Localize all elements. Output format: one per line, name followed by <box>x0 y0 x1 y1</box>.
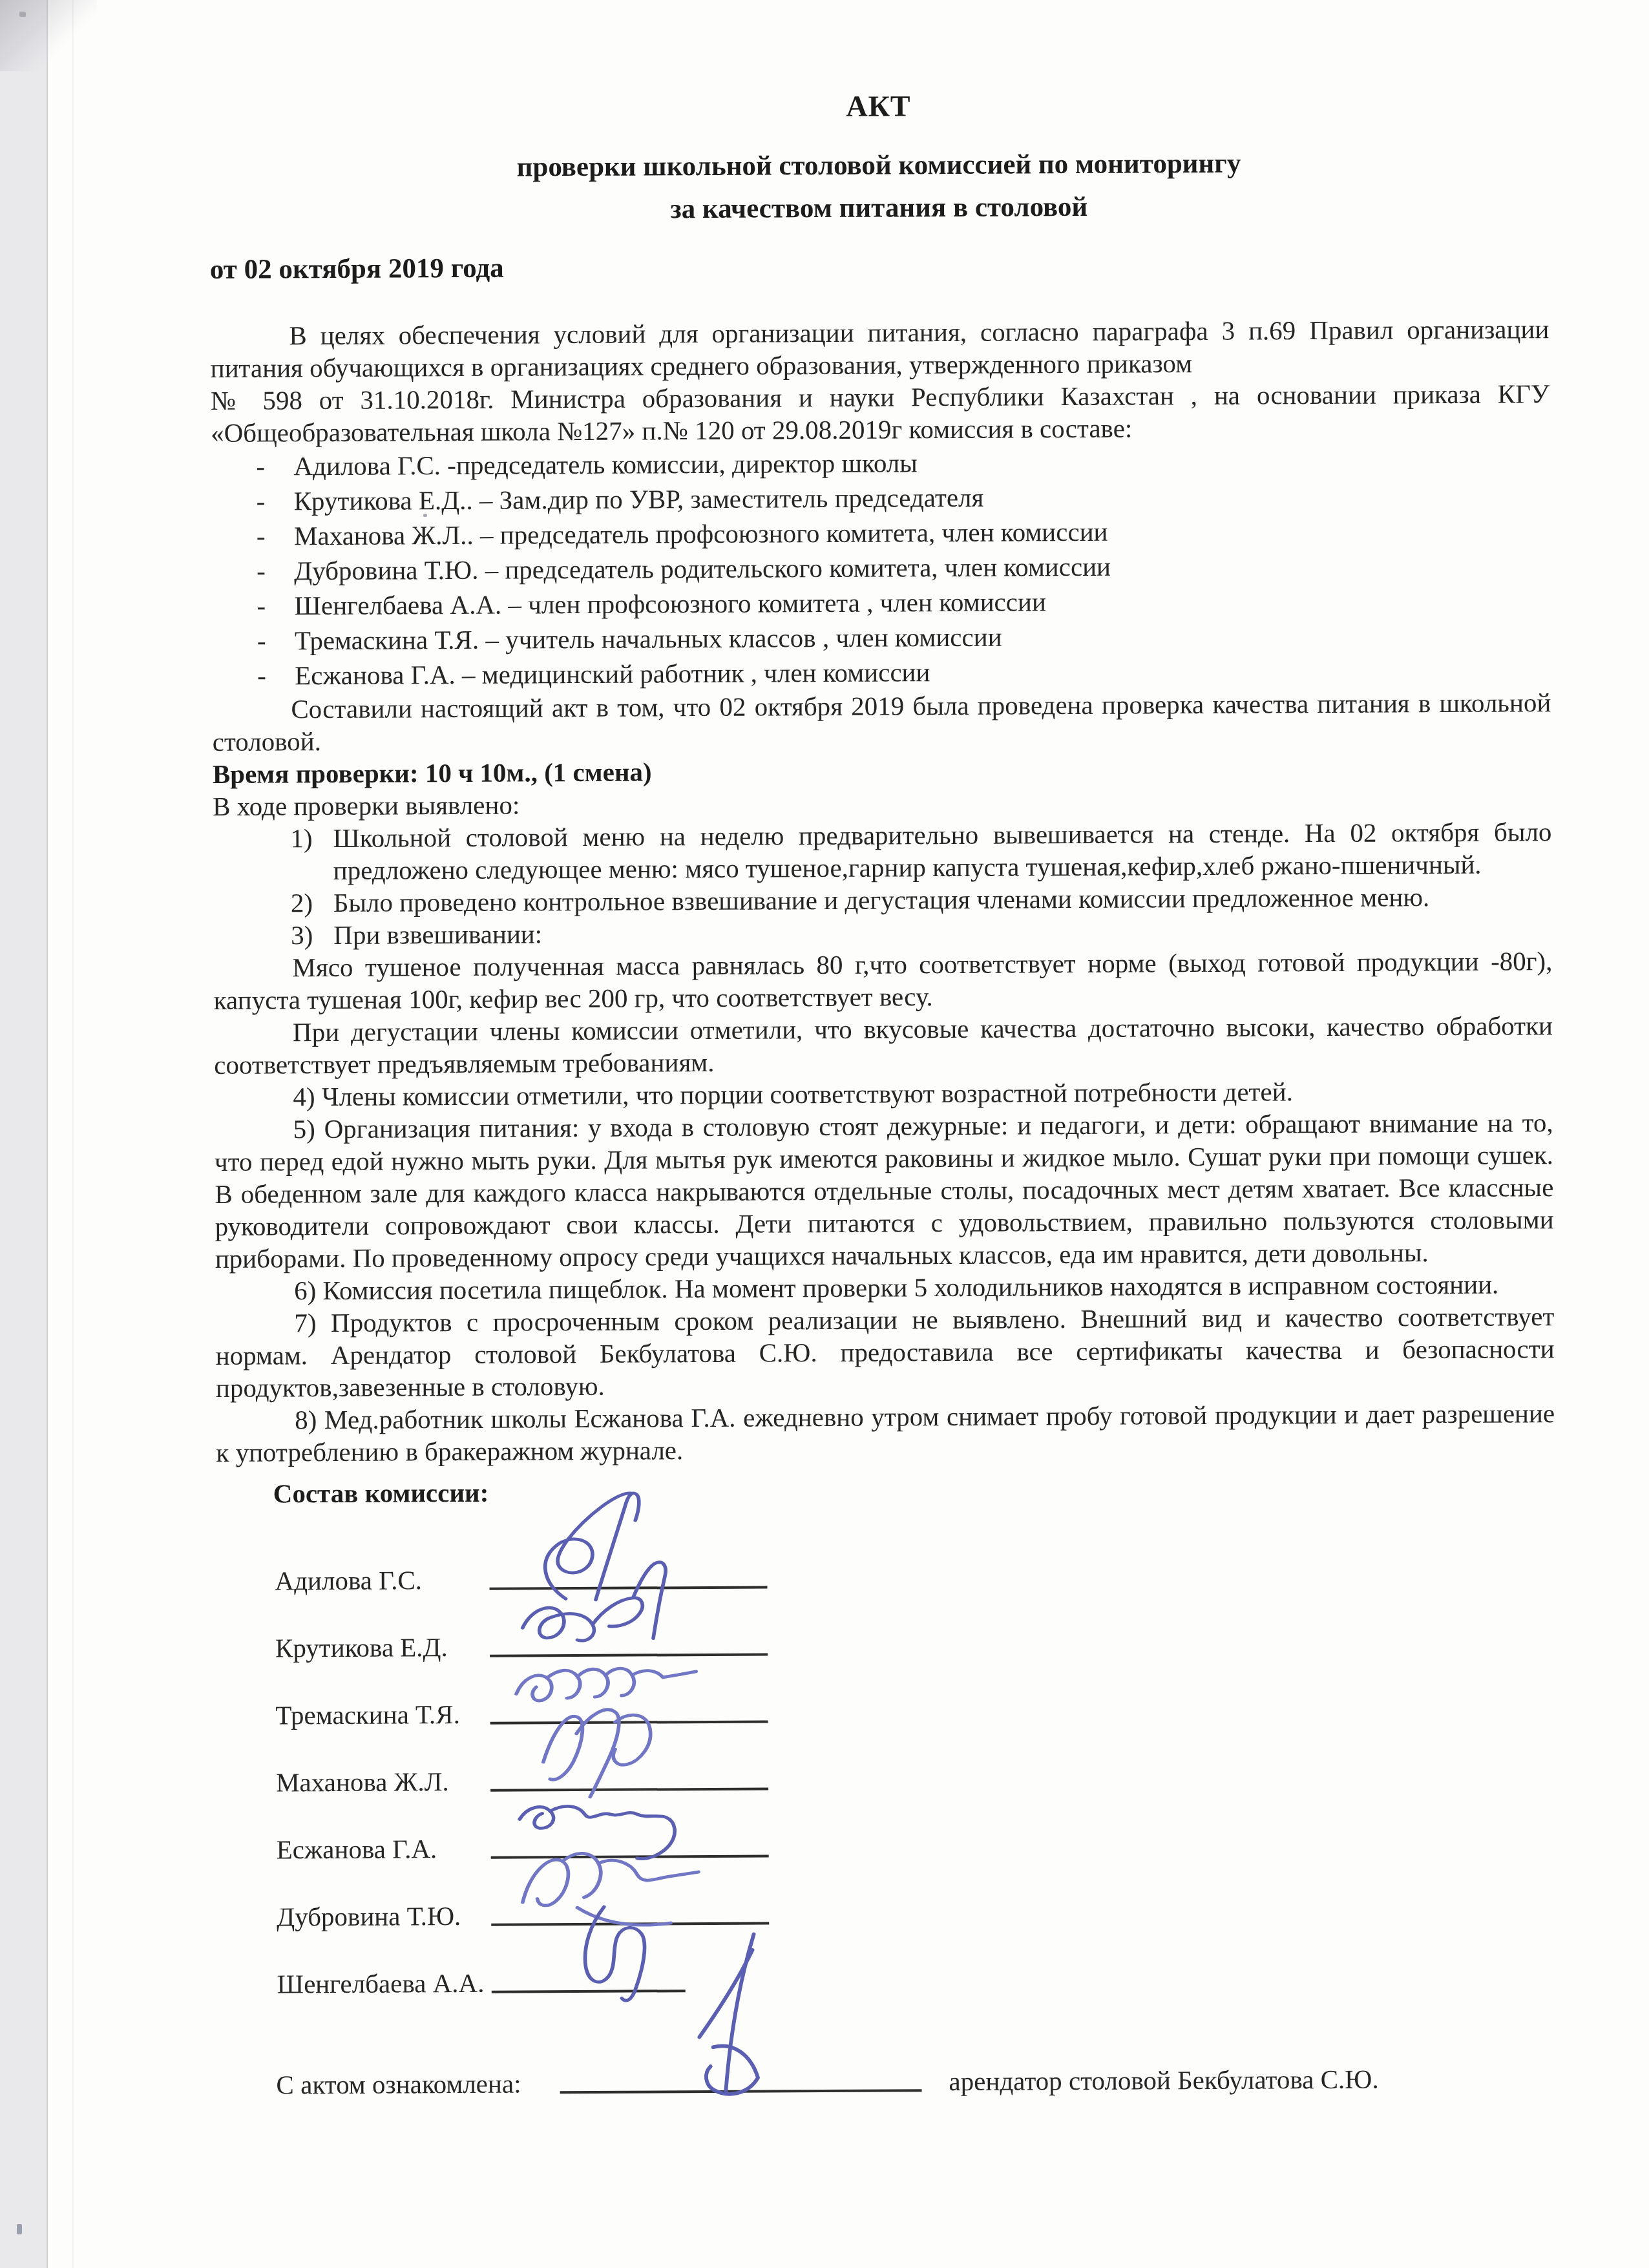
scanned-document: АКТ проверки школьной столовой комиссией… <box>0 0 1649 2268</box>
intro-paragraph-2: № 598 от 31.10.2018г. Министра образован… <box>211 377 1549 449</box>
item-text: Члены комиссии отметили, что порции соот… <box>322 1076 1293 1111</box>
item-text: Продуктов с просроченным сроком реализац… <box>216 1301 1555 1403</box>
commission-member-4: Дубровина Т.Ю. – председатель родительск… <box>294 549 1111 589</box>
acknowledgement-signature-line <box>560 2084 922 2094</box>
intro-paragraph-1: В целях обеспечения условий для организа… <box>210 313 1549 384</box>
document-page: АКТ проверки школьной столовой комиссией… <box>0 0 1649 2268</box>
signature-row-krutikova: Крутикова Е.Д. <box>275 1588 1557 1662</box>
item-number: 8) <box>295 1405 317 1434</box>
document-title: АКТ <box>209 87 1548 126</box>
commission-member-3: Маханова Ж.Л.. – председатель профсоюзно… <box>294 514 1108 554</box>
commission-member-1: Адилова Г.С. -председатель комиссии, дир… <box>293 445 918 483</box>
acknowledgement-label: С актом ознакомлена: <box>276 2069 521 2099</box>
item-text: Комиссия посетила пищеблок. На момент пр… <box>322 1270 1498 1306</box>
acknowledgement-row: С актом ознакомлена: арендатор столовой … <box>276 2021 1559 2099</box>
finding-item-5: 5) Организация питания: у входа в столов… <box>215 1106 1554 1275</box>
signer-name: Крутикова Е.Д. <box>275 1633 490 1663</box>
signature-row-tremaskina: Тремаскина Т.Я. <box>275 1655 1557 1729</box>
commission-member-7: Есжанова Г.А. – медицинский работник , ч… <box>295 655 930 693</box>
item-number: 7) <box>294 1308 316 1338</box>
weighing-paragraph-2: При дегустации члены комиссии отметили, … <box>214 1009 1553 1081</box>
item-text: Организация питания: у входа в столовую … <box>215 1108 1554 1274</box>
acknowledgement-right-text: арендатор столовой Бекбулатова С.Ю. <box>949 2065 1378 2095</box>
item-number: 5) <box>293 1114 315 1144</box>
item-number: 2) <box>291 887 333 919</box>
act-statement: Составили настоящий акт в том, что 02 ок… <box>212 686 1551 758</box>
signature-row-eszhanova: Есжанова Г.А. <box>276 1790 1557 1864</box>
signer-name: Шенгелбаева А.А. <box>277 1969 492 1999</box>
item-number: 3) <box>291 919 333 951</box>
commission-member-6: Тремаскина Т.Я. – учитель начальных клас… <box>295 620 1002 658</box>
signature-ink-bekbulatova <box>630 1924 850 2103</box>
signature-row-dubrovina: Дубровина Т.Ю. <box>277 1857 1558 1931</box>
signer-name: Есжанова Г.А. <box>277 1834 491 1864</box>
document-subtitle-line1: проверки школьной столовой комиссией по … <box>209 146 1548 185</box>
signer-name: Дубровина Т.Ю. <box>277 1902 491 1931</box>
list-dash-marker: - <box>257 588 294 623</box>
finding-item-8: 8) Мед.работник школы Есжанова Г.А. ежед… <box>216 1397 1555 1469</box>
document-subtitle-line2: за качеством питания в столовой <box>209 189 1548 228</box>
signature-row-shengelbaeva: Шенгелбаева А.А. <box>277 1924 1558 1998</box>
item-number: 1) <box>290 822 333 887</box>
list-dash-marker: - <box>257 658 295 693</box>
list-dash-marker: - <box>257 553 294 588</box>
item-number: 4) <box>293 1082 315 1111</box>
signatures-heading: Состав комиссии: <box>273 1471 1555 1509</box>
item-text: Школьной столовой меню на неделю предвар… <box>333 815 1551 887</box>
signer-name: Адилова Г.С. <box>275 1566 489 1595</box>
document-date: от 02 октября 2019 года <box>210 247 1549 286</box>
signature-row-makhanova: Маханова Ж.Л. <box>276 1723 1557 1796</box>
list-dash-marker: - <box>257 518 294 553</box>
finding-item-1: 1) Школьной столовой меню на неделю пред… <box>290 815 1551 887</box>
signer-name: Маханова Ж.Л. <box>276 1767 490 1797</box>
signer-name: Тремаскина Т.Я. <box>275 1700 490 1730</box>
list-dash-marker: - <box>257 623 295 658</box>
item-number: 6) <box>294 1276 316 1305</box>
item-text: Мед.работник школы Есжанова Г.А. ежеднев… <box>216 1398 1555 1467</box>
list-dash-marker: - <box>256 448 293 483</box>
finding-item-7: 7) Продуктов с просроченным сроком реали… <box>215 1300 1555 1404</box>
commission-member-5: Шенгелбаева А.А. – член профсоюзного ком… <box>294 584 1046 623</box>
weighing-paragraph-1: Мясо тушеное полученная масса равнялась … <box>213 945 1552 1016</box>
commission-member-2: Крутикова Е.Д.. – Зам.дир по УВР, замест… <box>294 480 984 519</box>
signatures-block: Адилова Г.С. Крутикова Е.Д. <box>275 1521 1558 1998</box>
list-dash-marker: - <box>257 483 294 518</box>
signature-row-adilova: Адилова Г.С. <box>275 1521 1556 1595</box>
